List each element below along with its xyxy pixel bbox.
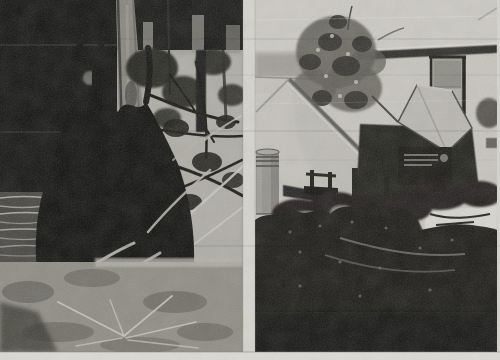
print-blotch-overlay (0, 0, 500, 360)
newspaper-photo-page (0, 0, 500, 360)
halftone-scene (0, 0, 500, 360)
